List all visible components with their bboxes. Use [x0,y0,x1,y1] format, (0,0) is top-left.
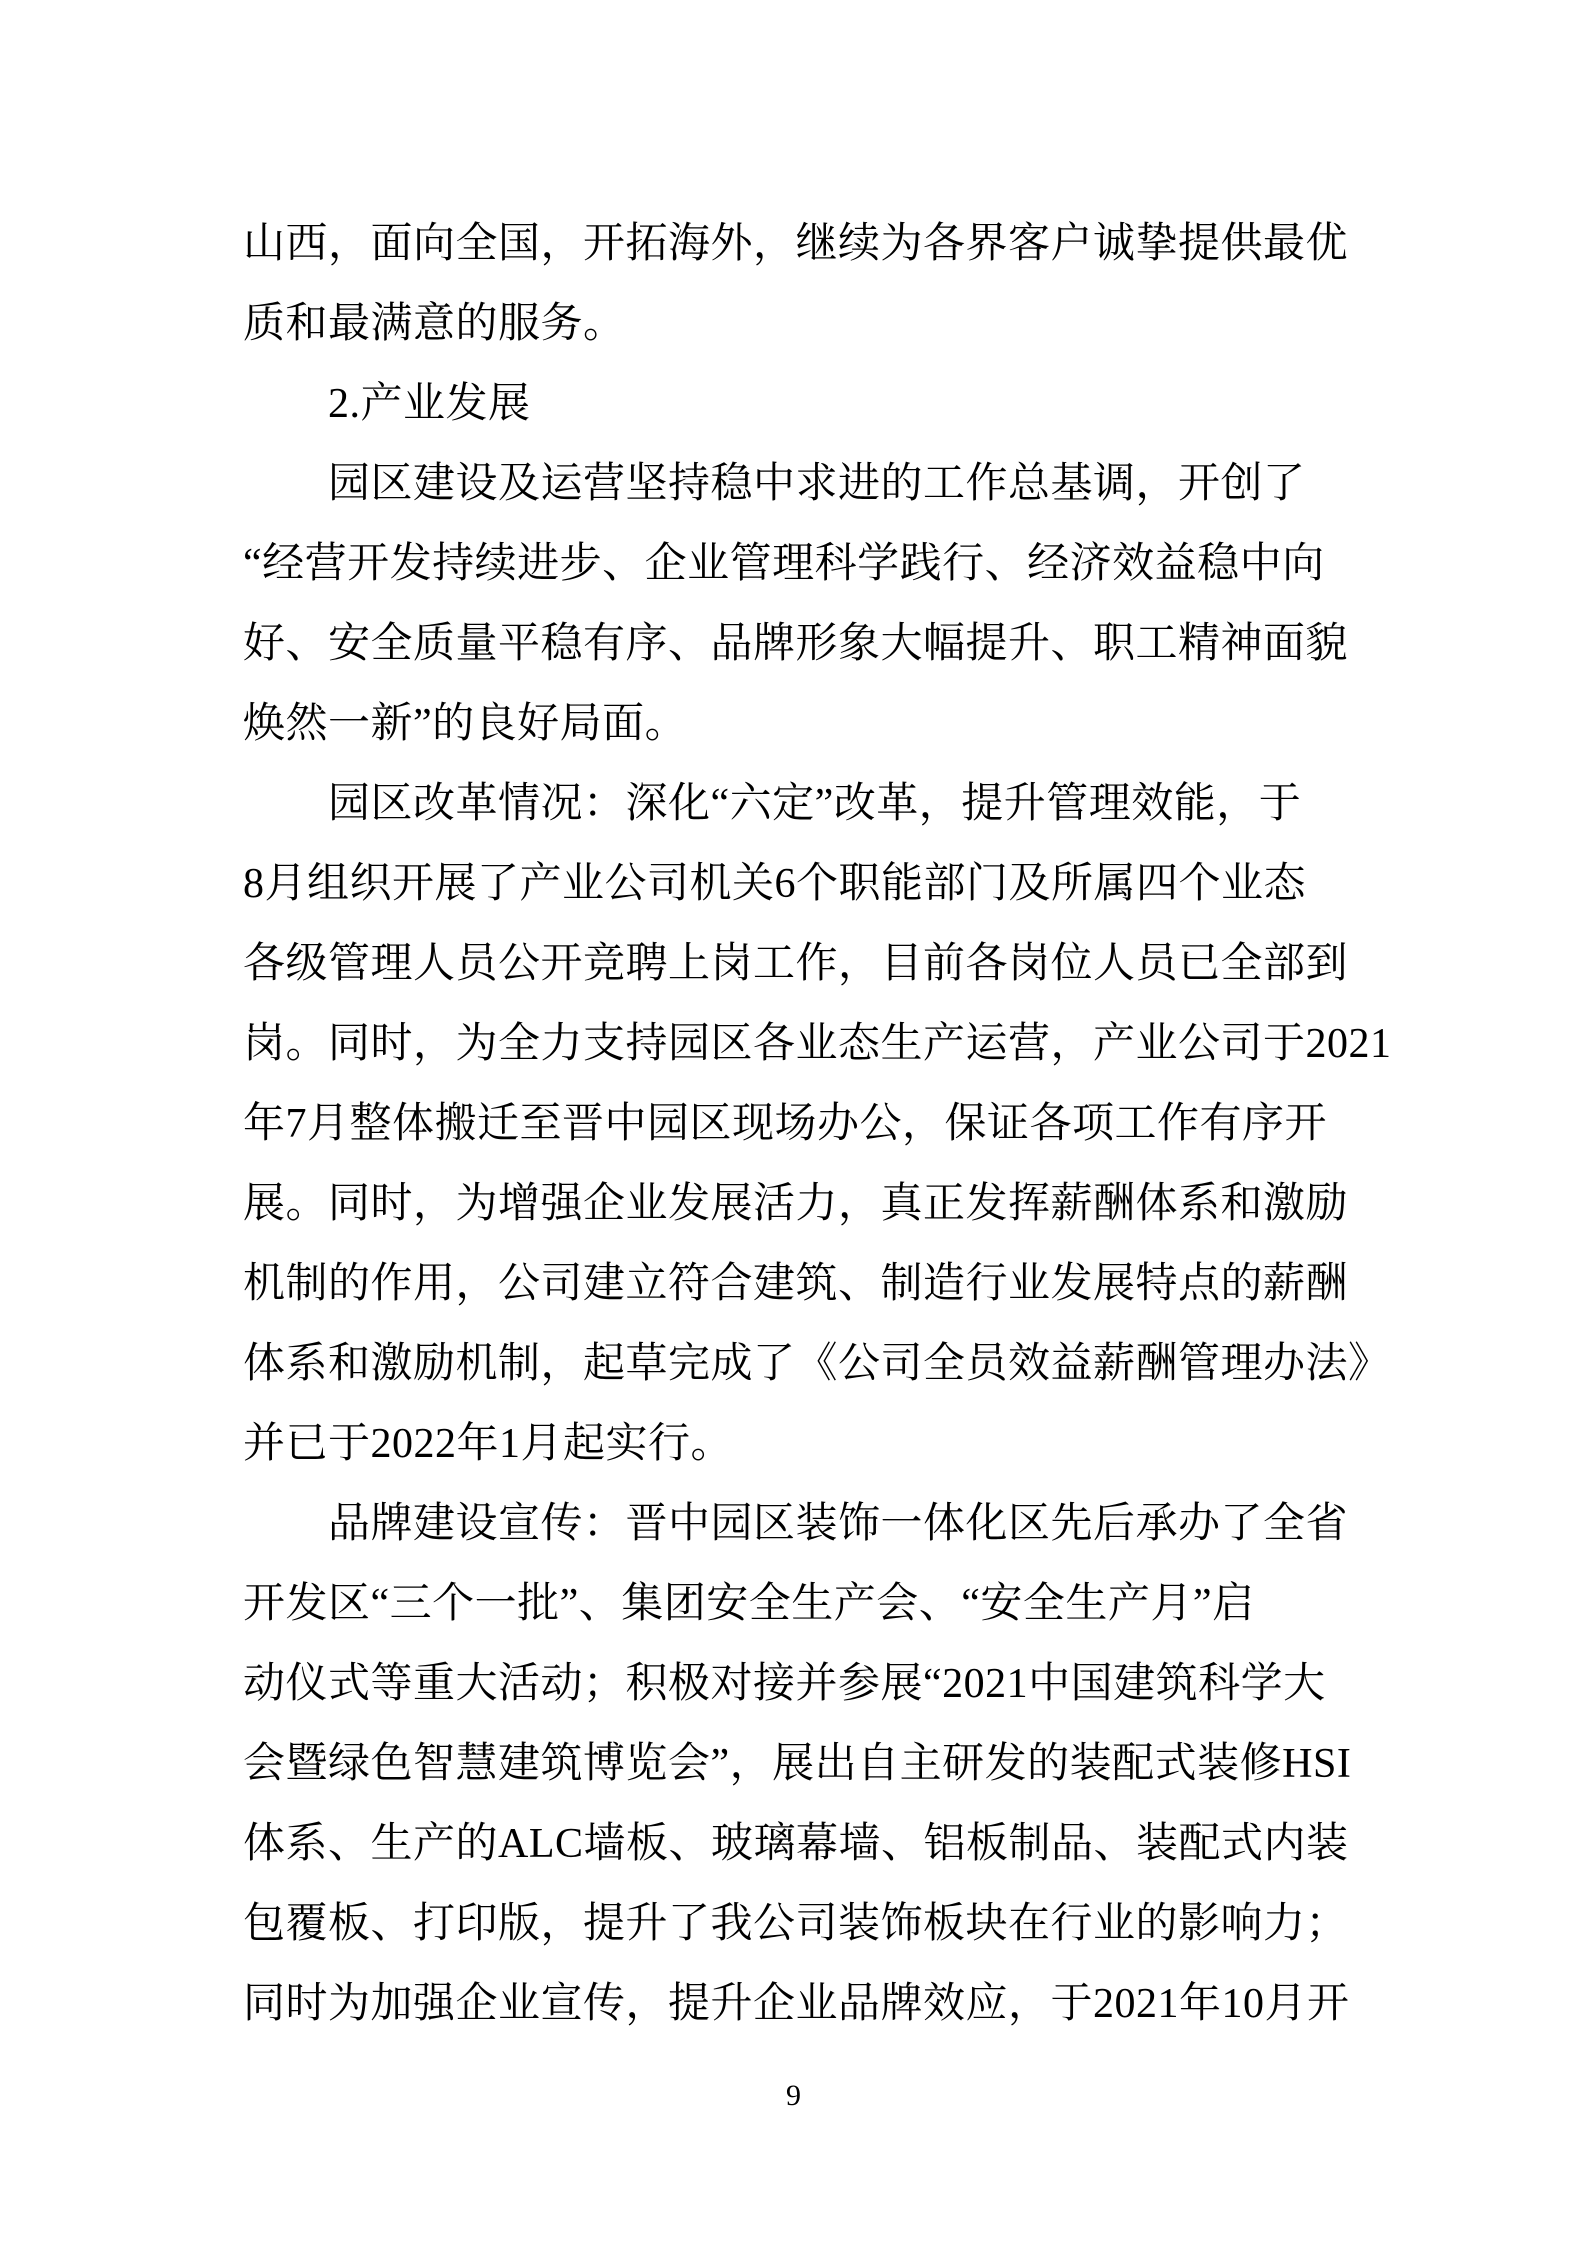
text-line: 岗。同时，为全力支持园区各业态生产运营，产业公司于2021 [243,1004,1351,1084]
text-line: 开发区“三个一批”、集团安全生产会、“安全生产月”启 [243,1564,1351,1644]
text-line: 并已于2022年1月起实行。 [243,1404,1351,1484]
text-line: 2.产业发展 [243,364,1351,444]
text-line: 品牌建设宣传：晋中园区装饰一体化区先后承办了全省 [243,1484,1351,1564]
text-line: 各级管理人员公开竞聘上岗工作，目前各岗位人员已全部到 [243,924,1351,1004]
text-line: 质和最满意的服务。 [243,284,1351,364]
text-line: 园区改革情况：深化“六定”改革，提升管理效能，于 [243,764,1351,844]
text-line: 年7月整体搬迁至晋中园区现场办公，保证各项工作有序开 [243,1084,1351,1164]
text-line: 好、安全质量平稳有序、品牌形象大幅提升、职工精神面貌 [243,604,1351,684]
text-line: 同时为加强企业宣传，提升企业品牌效应，于2021年10月开 [243,1964,1351,2044]
document-page: 山西，面向全国，开拓海外，继续为各界客户诚挚提供最优质和最满意的服务。2.产业发… [0,0,1587,2245]
text-line: 会暨绿色智慧建筑博览会”，展出自主研发的装配式装修HSI [243,1724,1351,1804]
text-line: 包覆板、打印版，提升了我公司装饰板块在行业的影响力； [243,1884,1351,1964]
text-line: 焕然一新”的良好局面。 [243,684,1351,764]
text-line: 山西，面向全国，开拓海外，继续为各界客户诚挚提供最优 [243,204,1351,284]
text-line: 8月组织开展了产业公司机关6个职能部门及所属四个业态 [243,844,1351,924]
body-text: 山西，面向全国，开拓海外，继续为各界客户诚挚提供最优质和最满意的服务。2.产业发… [243,204,1351,2044]
text-line: 机制的作用，公司建立符合建筑、制造行业发展特点的薪酬 [243,1244,1351,1324]
text-line: “经营开发持续进步、企业管理科学践行、经济效益稳中向 [243,524,1351,604]
text-line: 园区建设及运营坚持稳中求进的工作总基调，开创了 [243,444,1351,524]
text-line: 体系和激励机制，起草完成了《公司全员效益薪酬管理办法》 [243,1324,1351,1404]
text-line: 动仪式等重大活动；积极对接并参展“2021中国建筑科学大 [243,1644,1351,1724]
text-line: 体系、生产的ALC墙板、玻璃幕墙、铝板制品、装配式内装 [243,1804,1351,1884]
page-number: 9 [0,2078,1587,2114]
text-line: 展。同时，为增强企业发展活力，真正发挥薪酬体系和激励 [243,1164,1351,1244]
